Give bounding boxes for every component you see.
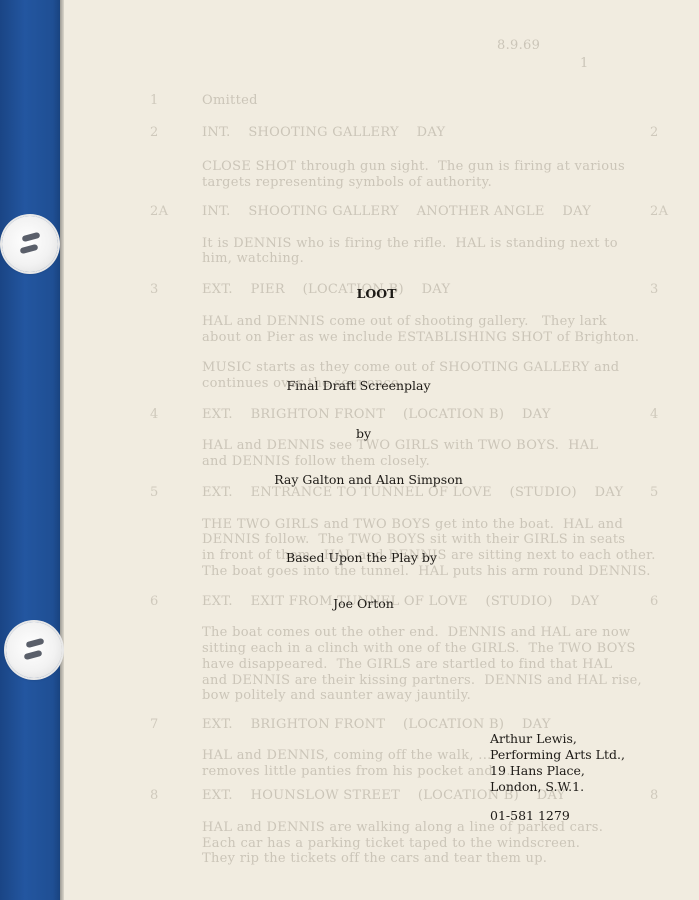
- show-through-scene-number: 1: [150, 93, 159, 108]
- fastener-top-icon: [2, 216, 58, 272]
- screenplay-subtitle: Final Draft Screenplay: [9, 378, 699, 393]
- show-through-scene-number: 7: [150, 717, 159, 732]
- show-through-scene-number-right: 5: [650, 485, 659, 500]
- show-through-date: 8.9.69: [497, 38, 540, 53]
- show-through-line: Omitted: [202, 93, 258, 108]
- show-through-line: EXT. BRIGHTON FRONT (LOCATION B) DAY: [202, 717, 551, 732]
- by-label: by: [14, 426, 699, 441]
- show-through-line: targets representing symbols of authorit…: [202, 175, 492, 190]
- agent-line: London, S.W.1.: [490, 779, 625, 795]
- show-through-scene-number-right: 8: [650, 788, 659, 803]
- show-through-line: Each car has a parking ticket taped to t…: [202, 836, 580, 851]
- show-through-line: INT. SHOOTING GALLERY DAY: [202, 125, 445, 140]
- playwright: Joe Orton: [14, 596, 699, 611]
- show-through-line: bow politely and saunter away jauntily.: [202, 688, 471, 703]
- show-through-scene-number: 4: [150, 407, 159, 422]
- agent-line: 19 Hans Place,: [490, 763, 625, 779]
- show-through-line: and DENNIS are their kissing partners. D…: [202, 673, 642, 688]
- show-through-line: sitting each in a clinch with one of the…: [202, 641, 636, 656]
- show-through-line: and DENNIS follow them closely.: [202, 454, 430, 469]
- show-through-line: The boat goes into the tunnel. HAL puts …: [202, 564, 651, 579]
- show-through-line: THE TWO GIRLS and TWO BOYS get into the …: [202, 517, 623, 532]
- show-through-scene-number: 2A: [150, 204, 168, 219]
- based-on-label: Based Upon the Play by: [12, 550, 699, 565]
- show-through-line: It is DENNIS who is firing the rifle. HA…: [202, 236, 618, 251]
- show-through-scene-number: 2: [150, 125, 159, 140]
- show-through-line: DENNIS follow. The TWO BOYS sit with the…: [202, 532, 625, 547]
- show-through-scene-number-right: 4: [650, 407, 659, 422]
- screenplay-title: LOOT: [27, 286, 699, 301]
- binder-spine: [0, 0, 62, 900]
- show-through-line: INT. SHOOTING GALLERY ANOTHER ANGLE DAY: [202, 204, 591, 219]
- show-through-line: CLOSE SHOT through gun sight. The gun is…: [202, 159, 625, 174]
- show-through-line: They rip the tickets off the cars and te…: [202, 851, 547, 866]
- show-through-line: have disappeared. The GIRLS are startled…: [202, 657, 612, 672]
- show-through-scene-number: 5: [150, 485, 159, 500]
- fastener-bottom-icon: [6, 622, 62, 678]
- show-through-line: HAL and DENNIS come out of shooting gall…: [202, 314, 607, 329]
- agent-address: Arthur Lewis, Performing Arts Ltd., 19 H…: [490, 731, 625, 795]
- show-through-page-number: 1: [580, 56, 589, 71]
- agent-phone: 01-581 1279: [490, 808, 570, 824]
- show-through-scene-number-right: 2: [650, 125, 659, 140]
- show-through-line: The boat comes out the other end. DENNIS…: [202, 625, 630, 640]
- show-through-line: MUSIC starts as they come out of SHOOTIN…: [202, 360, 619, 375]
- show-through-line: about on Pier as we include ESTABLISHING…: [202, 330, 639, 345]
- show-through-line: EXT. BRIGHTON FRONT (LOCATION B) DAY: [202, 407, 551, 422]
- show-through-scene-number: 8: [150, 788, 159, 803]
- agent-line: Arthur Lewis,: [490, 731, 625, 747]
- show-through-line: EXT. ENTRANCE TO TUNNEL OF LOVE (STUDIO)…: [202, 485, 623, 500]
- show-through-line: HAL and DENNIS, coming off the walk, ...: [202, 748, 492, 763]
- show-through-line: removes little panties from his pocket a…: [202, 764, 511, 779]
- authors: Ray Galton and Alan Simpson: [19, 472, 699, 487]
- show-through-line: him, watching.: [202, 251, 304, 266]
- agent-line: Performing Arts Ltd.,: [490, 747, 625, 763]
- show-through-scene-number-right: 2A: [650, 204, 668, 219]
